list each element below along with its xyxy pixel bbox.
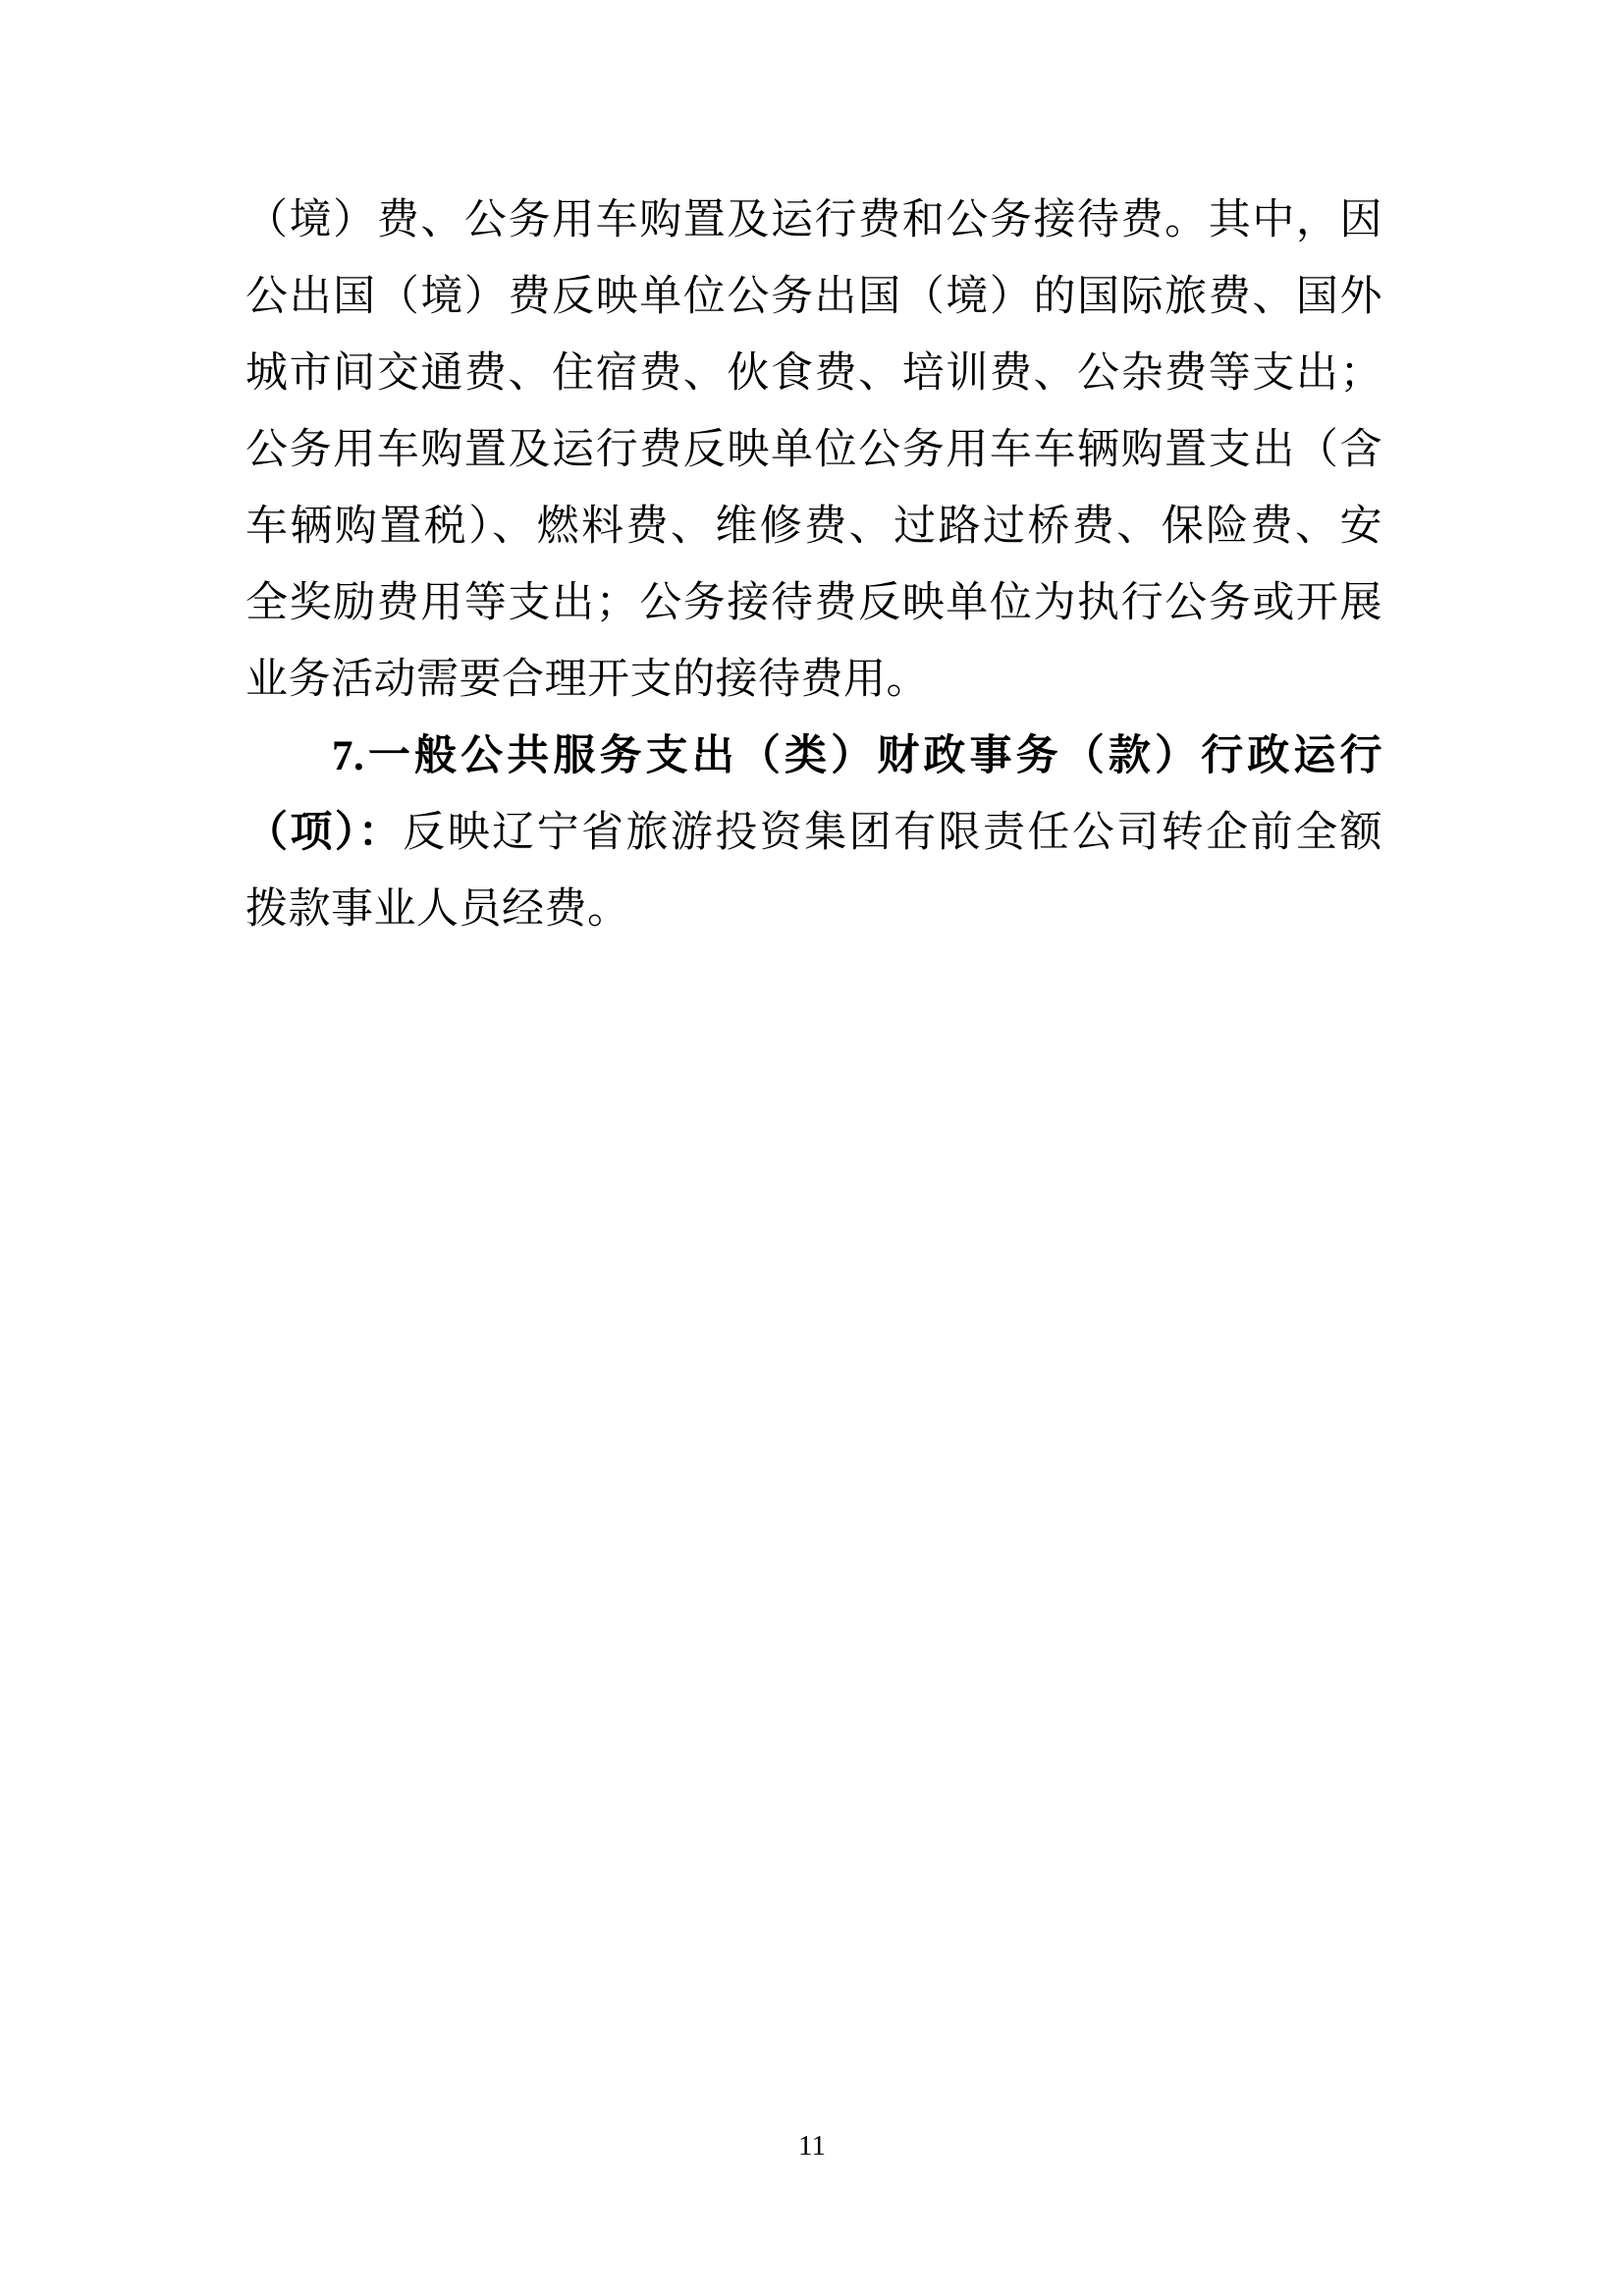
body-line-paragraph-end: 业务活动需要合理开支的接待费用。 xyxy=(245,642,1382,719)
body-line: 全奖励费用等支出；公务接待费反映单位为执行公务或开展 xyxy=(245,565,1382,642)
item7-body-line: （项）：反映辽宁省旅游投资集团有限责任公司转企前全额 xyxy=(245,795,1382,872)
body-line: （境）费、公务用车购置及运行费和公务接待费。其中，因 xyxy=(245,183,1382,259)
page-number: 11 xyxy=(0,2126,1624,2165)
body-line: 城市间交通费、住宿费、伙食费、培训费、公杂费等支出； xyxy=(245,336,1382,412)
text-block: （境）费、公务用车购置及运行费和公务接待费。其中，因 公出国（境）费反映单位公务… xyxy=(245,183,1382,948)
item7-heading-line: 7.一般公共服务支出（类）财政事务（款）行政运行 xyxy=(245,719,1382,795)
body-line: 公务用车购置及运行费反映单位公务用车车辆购置支出（含 xyxy=(245,412,1382,489)
item7-subheading-prefix: （项）： xyxy=(245,810,403,856)
item7-body-text: 反映辽宁省旅游投资集团有限责任公司转企前全额 xyxy=(403,810,1382,856)
document-page: （境）费、公务用车购置及运行费和公务接待费。其中，因 公出国（境）费反映单位公务… xyxy=(0,0,1624,2296)
item7-body-line-end: 拨款事业人员经费。 xyxy=(245,872,1382,948)
body-line: 车辆购置税）、燃料费、维修费、过路过桥费、保险费、安 xyxy=(245,489,1382,565)
body-line: 公出国（境）费反映单位公务出国（境）的国际旅费、国外 xyxy=(245,259,1382,336)
